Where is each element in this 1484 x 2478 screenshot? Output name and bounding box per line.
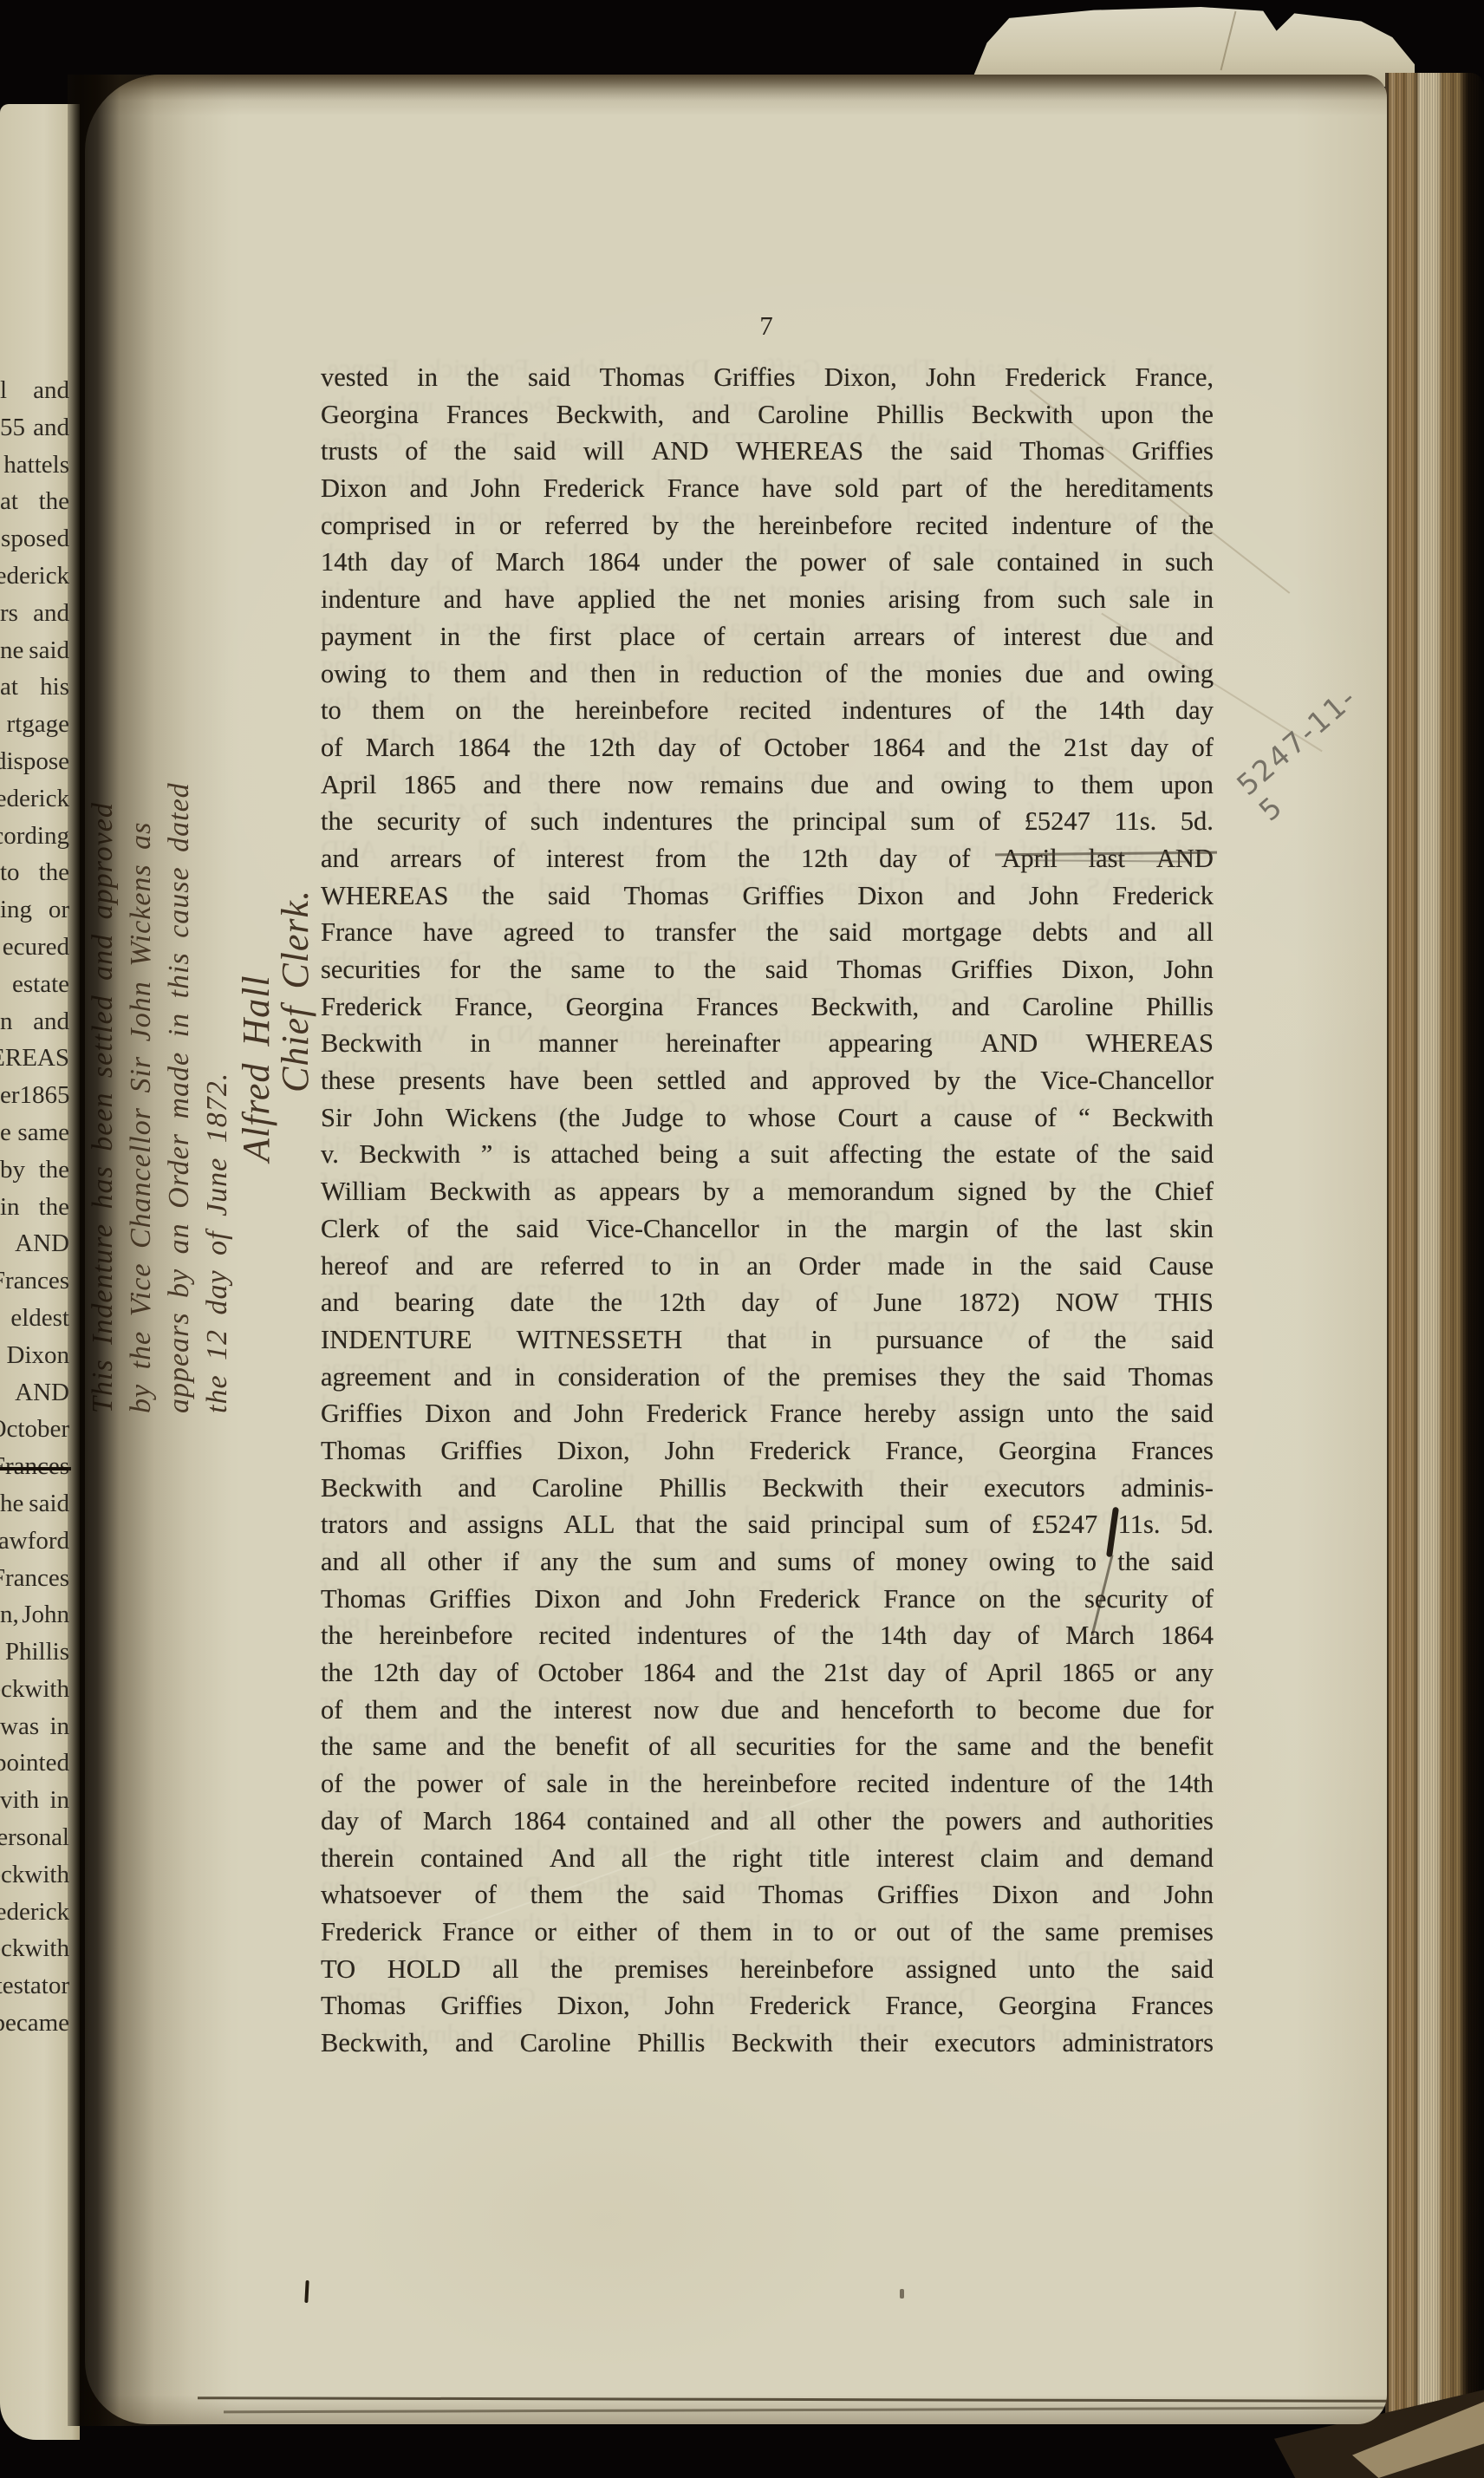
- ink-mark: [304, 2280, 309, 2303]
- left-fragment: hesaid: [0, 1485, 69, 1523]
- text-line: WHEREASthesaidThomasGriffiesDixonandJohn…: [321, 877, 1214, 915]
- page-top-soiling: [85, 75, 1387, 101]
- left-fragment: testator: [0, 1967, 69, 2005]
- left-fragment: October: [0, 1411, 69, 1448]
- text-line: v.Beckwith”isattachedbeingasuitaffecting…: [321, 1136, 1214, 1173]
- paper-stain: [345, 2069, 865, 2372]
- text-line: ofthemandtheinterestnowdueandhencefortht…: [321, 1692, 1214, 1729]
- text-line: GriffiesDixonandJohnFrederickFrancehereb…: [321, 1395, 1214, 1432]
- text-line: INDENTUREWITNESSETHthatinpursuanceofthes…: [321, 1321, 1214, 1359]
- text-line: trustsofthesaidwillANDWHEREASthesaidThom…: [321, 433, 1214, 470]
- text-line: thereincontainedAndalltherighttitleinter…: [321, 1840, 1214, 1877]
- left-fragment: atthe: [0, 483, 69, 520]
- left-fragment: Dixon: [0, 1337, 69, 1374]
- left-fragment: athis: [0, 668, 69, 706]
- text-line: DixonandJohnFrederickFrancehavesoldparto…: [321, 470, 1214, 507]
- text-line: ClerkofthesaidVice-Chancellorinthemargin…: [321, 1210, 1214, 1248]
- text-line: Beckwith,andCarolinePhillisBeckwiththeir…: [321, 2025, 1214, 2062]
- marginalia-line: This Indenture has been settled and appr…: [85, 581, 122, 1413]
- left-fragment: eckwith: [0, 1671, 69, 1708]
- text-line: dayofMarch1864containedandallotherthepow…: [321, 1803, 1214, 1840]
- text-line: thesecurityofsuchindenturestheprincipals…: [321, 803, 1214, 840]
- left-fragment: tothe: [0, 854, 69, 891]
- left-fragment: hattels: [0, 447, 69, 484]
- text-line: ThomasGriffiesDixonandJohnFrederickFranc…: [321, 1581, 1214, 1618]
- text-line: SirJohnWickens(theJudgetowhoseCourtacaus…: [321, 1099, 1214, 1137]
- text-line: BeckwithinmannerhereinafterappearingANDW…: [321, 1025, 1214, 1062]
- left-fragment: AND: [0, 1225, 69, 1262]
- text-line: ThomasGriffiesDixon,JohnFrederickFrance,…: [321, 1432, 1214, 1470]
- text-line: FrederickFrance,GeorginaFrancesBeckwith,…: [321, 988, 1214, 1026]
- text-line: thesameandthebenefitofallsecuritiesforth…: [321, 1728, 1214, 1765]
- left-fragment: ingor: [0, 891, 69, 929]
- left-fragment: sposed: [0, 520, 69, 558]
- marginalia-lines: BeckwithThis Indenture has been settled …: [85, 581, 315, 1413]
- text-line: thehereinbeforerecitedindenturesofthe14t…: [321, 1617, 1214, 1654]
- left-fragment: Frances: [0, 1262, 69, 1300]
- page-bottom-edge-line: [224, 2407, 1385, 2414]
- text-line: GeorginaFrancesBeckwith,andCarolinePhill…: [321, 396, 1214, 434]
- left-fragment: 55and: [0, 409, 69, 447]
- left-fragment: eldest: [0, 1300, 69, 1337]
- paper-fold-crease: [1220, 11, 1237, 70]
- marginalia-line: the 12 day of June 1872.: [199, 581, 237, 1413]
- text-line: thesepresentshavebeensettledandapprovedb…: [321, 1062, 1214, 1099]
- text-line: andbearingdatethe12thdayofJune1872)NOWTH…: [321, 1284, 1214, 1321]
- text-line: andarrearsofinterestfromthe12thdayofApri…: [321, 840, 1214, 877]
- text-line: WilliamBeckwithasappearsbyamemorandumsig…: [321, 1173, 1214, 1210]
- text-line: hereofandarereferredtoinanOrdermadeinthe…: [321, 1248, 1214, 1285]
- text-line: paymentinthefirstplaceofcertainarrearsof…: [321, 618, 1214, 655]
- left-fragment: vithin: [0, 1782, 69, 1819]
- text-line: agreementandinconsiderationofthepremises…: [321, 1359, 1214, 1396]
- text-line: owingtothemandtheninreductionofthemonies…: [321, 655, 1214, 693]
- left-fragment: EREAS: [0, 1040, 69, 1077]
- marginalia-signature: Alfred Hall: [237, 581, 276, 1413]
- left-fragment: nand: [0, 1003, 69, 1040]
- ink-mark: [900, 2289, 904, 2299]
- left-fragment: inthe: [0, 1189, 69, 1226]
- text-line: FrederickFranceoreitherofthemintooroutof…: [321, 1914, 1214, 1951]
- text-line: April1865andtherenowremainsdueandowingto…: [321, 766, 1214, 804]
- left-fragment: n,John: [0, 1596, 69, 1634]
- left-fragment: pointed: [0, 1744, 69, 1782]
- left-fragment: Phillis: [0, 1634, 69, 1671]
- text-line: securitiesforthesametothesaidThomasGriff…: [321, 951, 1214, 988]
- pencil-sum-note: 5247-11-5: [1230, 676, 1387, 828]
- left-fragment: rederick: [0, 1894, 69, 1931]
- text-line: TOHOLDallthepremiseshereinbeforeassigned…: [321, 1951, 1214, 1988]
- left-fragment: personal: [0, 1819, 69, 1856]
- text-line: tothemonthehereinbeforerecitedindentures…: [321, 692, 1214, 729]
- text-line: indentureandhaveappliedthenetmoniesarisi…: [321, 581, 1214, 618]
- text-line: whatsoeverofthemthesaidThomasGriffiesDix…: [321, 1876, 1214, 1914]
- text-line: Francehaveagreedtotransferthesaidmortgag…: [321, 914, 1214, 951]
- text-line: BeckwithandCarolinePhillisBeckwiththeire…: [321, 1470, 1214, 1507]
- marginalia-signature: Chief Clerk.: [276, 581, 316, 1413]
- document-page: vestedinthesaidThomasGriffiesDixon,JohnF…: [85, 75, 1387, 2424]
- left-fragment: dispose: [0, 743, 69, 780]
- left-fragment: nesaid: [0, 632, 69, 669]
- text-line: 14thdayofMarch1864underthepowerofsalecon…: [321, 544, 1214, 581]
- text-line: ofthepowerofsaleinthehereinbeforerecited…: [321, 1765, 1214, 1803]
- left-fragment: ecured: [0, 929, 69, 966]
- previous-page-rule: [0, 1467, 71, 1470]
- text-line: tratorsandassignsALLthatthesaidprincipal…: [321, 1506, 1214, 1543]
- text-line: the12thdayofOctober1864andthe21stdayofAp…: [321, 1654, 1214, 1692]
- marginalia-line: by the Vice Chancellor Sir John Wickens …: [122, 581, 160, 1413]
- left-fragment: rawford: [0, 1523, 69, 1560]
- text-line: comprisedinorreferredbythehereinbeforere…: [321, 507, 1214, 545]
- left-fragment: eckwith: [0, 1856, 69, 1894]
- text-line: andallotherifanythesumandsumsofmoneyowin…: [321, 1543, 1214, 1581]
- left-fragment: AND: [0, 1374, 69, 1412]
- left-fragment: land: [0, 372, 69, 409]
- text-line: vestedinthesaidThomasGriffiesDixon,JohnF…: [321, 359, 1214, 396]
- book-page-edges: [1385, 73, 1484, 2433]
- left-fragment: wasin: [0, 1708, 69, 1745]
- text-line: ThomasGriffiesDixon,JohnFrederickFrance,…: [321, 1987, 1214, 2025]
- left-fragment: rtgage: [0, 706, 69, 743]
- scanned-book-page: land55andhattelsatthesposedederickrsandn…: [0, 0, 1484, 2478]
- left-margin-fragments: land55andhattelsatthesposedederickrsandn…: [0, 372, 69, 2042]
- left-fragment: cording: [0, 818, 69, 855]
- page-number: 7: [749, 310, 784, 342]
- left-fragment: bythe: [0, 1151, 69, 1189]
- text-lines: vestedinthesaidThomasGriffiesDixon,JohnF…: [321, 359, 1214, 2062]
- left-fragment: estate: [0, 966, 69, 1003]
- left-fragment: Frances: [0, 1560, 69, 1597]
- left-fragment: rsand: [0, 595, 69, 632]
- left-fragment: became: [0, 2005, 69, 2042]
- left-fragment: er1865: [0, 1077, 69, 1114]
- text-line: ofMarch1864the12thdayofOctober1864andthe…: [321, 729, 1214, 766]
- left-fragment: ederick: [0, 558, 69, 595]
- page-bottom-edge-line: [198, 2396, 1387, 2403]
- left-fragment: esame: [0, 1114, 69, 1151]
- left-fragment: eckwith: [0, 1930, 69, 1967]
- left-fragment: ederick: [0, 780, 69, 818]
- marginalia-line: appears by an Order made in this cause d…: [160, 581, 199, 1413]
